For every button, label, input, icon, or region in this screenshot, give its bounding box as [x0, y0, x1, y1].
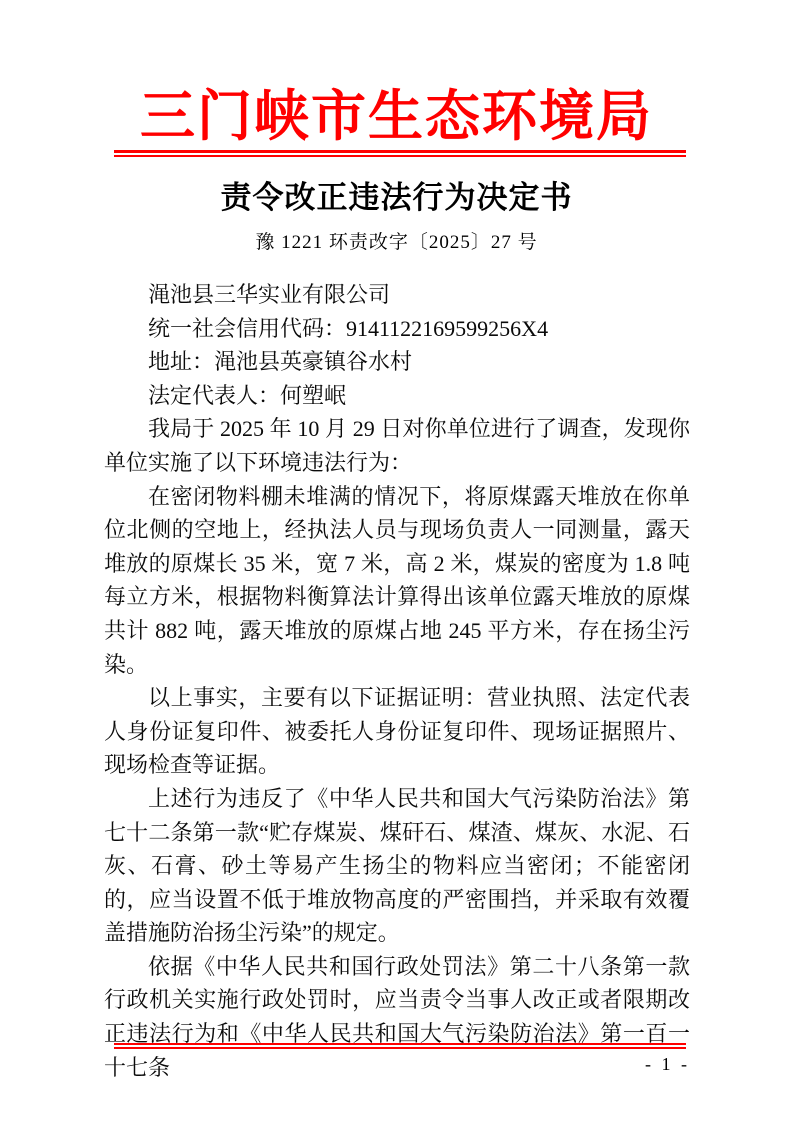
evidence-paragraph: 以上事实，主要有以下证据证明：营业执照、法定代表人身份证复印件、被委托人身份证复… — [104, 681, 690, 782]
credit-code-line: 统一社会信用代码：9141122169599256X4 — [104, 312, 690, 346]
document-title: 责令改正违法行为决定书 — [0, 172, 793, 217]
violation-facts-paragraph: 在密闭物料棚未堆满的情况下，将原煤露天堆放在你单位北侧的空地上，经执法人员与现场… — [104, 480, 690, 682]
red-divider-bottom — [114, 1043, 686, 1049]
document-number: 豫 1221 环责改字〔2025〕27 号 — [0, 227, 793, 254]
investigation-paragraph: 我局于 2025 年 10 月 29 日对你单位进行了调查，发现你单位实施了以下… — [104, 412, 690, 479]
legal-representative-line: 法定代表人：何塑岷 — [104, 379, 690, 413]
legal-basis-paragraph: 依据《中华人民共和国行政处罚法》第二十八条第一款行政机关实施行政处罚时，应当责令… — [104, 950, 690, 1084]
red-divider-top — [114, 150, 686, 157]
agency-name-header: 三门峡市生态环境局 — [0, 72, 793, 151]
law-violated-paragraph: 上述行为违反了《中华人民共和国大气污染防治法》第七十二条第一款“贮存煤炭、煤矸石… — [104, 782, 690, 950]
address-line: 地址：渑池县英豪镇谷水村 — [104, 345, 690, 379]
recipient-company-line: 渑池县三华实业有限公司 — [104, 278, 690, 312]
page-number: - 1 - — [645, 1054, 690, 1075]
document-body: 渑池县三华实业有限公司 统一社会信用代码：9141122169599256X4 … — [104, 278, 690, 1084]
document-page: 三门峡市生态环境局 责令改正违法行为决定书 豫 1221 环责改字〔2025〕2… — [0, 0, 793, 1122]
